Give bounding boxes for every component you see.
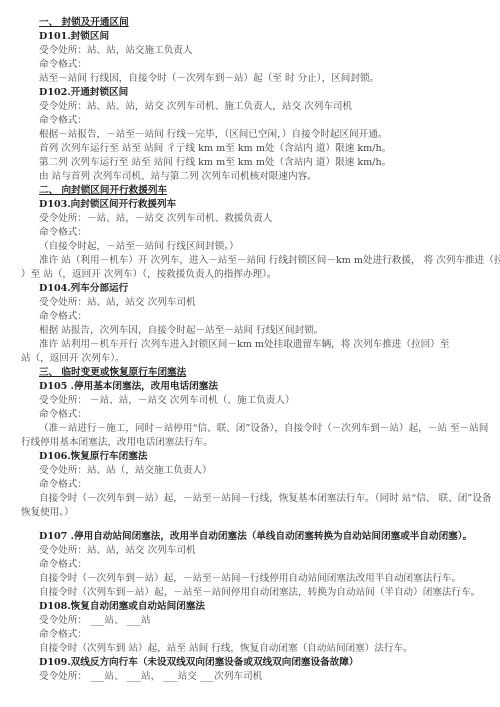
section-heading: 二、 向封锁区间开行救援列车 [39,184,167,198]
body-text-line: 根据－站报告，－站至－站间 行线－完毕，（区间已空闲，）自接令时起区间开通。 [39,128,387,142]
body-text-line: 准许 站（利用－机车）开 次列车，进入－站至－站间 行线封锁区间－km m处进行… [39,254,500,268]
document-page: 一、 封锁及开通区间D101.封锁区间受令处所：站、站，站交施工负责人命令格式：… [0,0,500,707]
command-heading: D105 .停用基本闭塞法，改用电话闭塞法 [39,380,218,394]
body-text-line: 自接令时（－次列车到－站）起，－站至－站间－行线，恢复基本闭塞法行车。（同时 站… [39,492,491,506]
body-text-line: 由 站与首列 次列车司机、站与第二列 次列车司机核对限速内容。 [39,170,317,184]
body-text-line: 命令格式： [39,408,87,422]
body-text-continuation: 恢复使用。） [21,506,74,520]
body-text-line: 受令处所：站、站，站交 次列车司机 [39,544,196,558]
body-text-line: 受令处所： ___站、 ___站， ___站交 ___次列车司机 [39,670,262,684]
command-heading: D107 .停用自动站间闭塞法，改用半自动闭塞法（单线自动闭塞转换为自动站间闭塞… [39,530,472,544]
body-text-continuation: ）至 站（，返回开 次列车）（，按救援负责人的指挥办理）。 [21,268,277,282]
body-text-line: 受令处所：站、站，站交 次列车司机 [39,296,196,310]
body-text-line: 自接令时（次列车到 站）起，站至 站间 行线，恢复自动闭塞（自动站间闭塞）法行车… [39,642,413,656]
body-text-continuation: 站（，返回开 次列车）。 [21,352,125,366]
body-text-line: 受令处所： －站、站，－站交 次列车司机（、施工负责人） [39,394,295,408]
body-text-line: 第二列 次列车运行至 站至 站间 行线 km m至 km m处（含站内 道）限速… [39,156,391,170]
body-text-continuation: 行线停用基本闭塞法，改用电话闭塞法行车。 [21,436,213,450]
body-text-line: 首列 次列车运行至 站至 站间 彳亍线 km m至 km m处（含站内 道）限速… [39,142,391,156]
command-heading: D102.开通封锁区间 [39,86,128,100]
command-heading: D108.恢复自动闭塞或自动站间闭塞法 [39,600,205,614]
body-text-line: 命令格式： [39,478,87,492]
section-heading: 一、 封锁及开通区间 [39,16,129,30]
body-text-line: 受令处所：－站、站，－站交 次列车司机、救援负责人 [39,212,272,226]
body-text-line: 命令格式： [39,628,87,642]
command-heading: D101.封锁区间 [39,30,109,44]
body-text-line: 站至－站间 行线因，自接令时（－次列车到－站）起（至 时 分止），区间封锁。 [39,72,379,86]
body-text-line: （准－站进行－施工，同时－站停用“信、联、闭”设备），自接令时（－次列车到－站）… [39,422,488,436]
section-heading: 三、 临时变更或恢复原行车闭塞法 [39,366,186,380]
body-text-line: 自接令时（－次列车到－站）起，－站至－站间－行线停用自动站间闭塞法改用半自动闭塞… [39,572,461,586]
body-text-line: 根据 站报告，次列车因，自接令时起－站至－站间 行线区间封锁。 [39,324,323,338]
body-text-line: 命令格式： [39,310,87,324]
body-text-line: 命令格式： [39,58,87,72]
body-text-line: 准许 站利用－机车开行 次列车进入封锁区间－km m处挂取遗留车辆，将 次列车推… [39,338,449,352]
command-heading: D109.双线反方向行车（未设双线双向闭塞设备或双线双向闭塞设备故障） [39,656,359,670]
body-text-line: 受令处所：站、站，站交施工负责人 [39,44,193,58]
body-text-line: 自接令时（次列车到－站）起，－站至－站间停用自动闭塞法，转换为自动站间（半自动）… [39,586,480,600]
body-text-line: 命令格式： [39,226,87,240]
command-heading: D106.恢复原行车闭塞法 [39,450,147,464]
body-text-line: 命令格式： [39,558,87,572]
command-heading: D103.向封锁区间开行救援列车 [39,198,176,212]
body-text-line: 受令处所： ___站、 ___站 [39,614,151,628]
body-text-line: （自接令时起，－站至－站间 行线区间封锁。） [39,240,239,254]
body-text-line: 命令格式： [39,114,87,128]
body-text-line: 受令处所：站、站（，站交施工负责人） [39,464,212,478]
body-text-line: 受令处所：站、站、站，站交 次列车司机、施工负责人，站交 次列车司机 [39,100,352,114]
command-heading: D104.列车分部运行 [39,282,128,296]
